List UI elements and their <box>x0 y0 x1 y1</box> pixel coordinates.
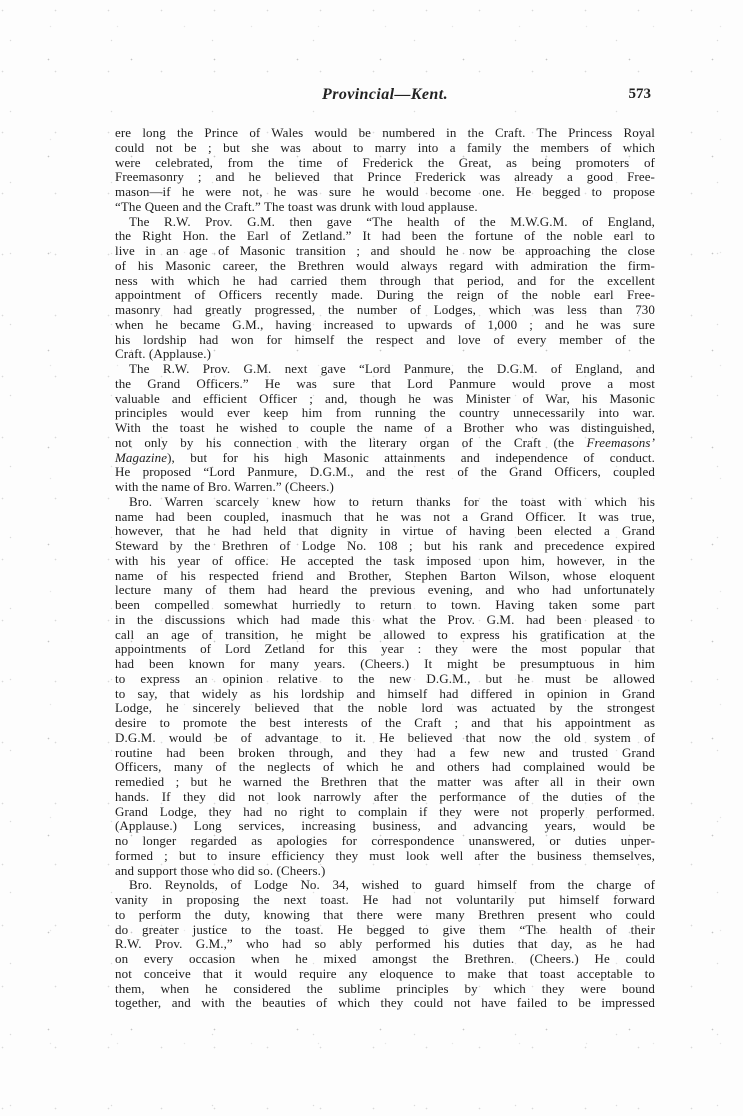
text-line: however, that he had held that dignity i… <box>115 524 655 539</box>
text-line: been compelled somewhat hurriedly to ret… <box>115 598 655 613</box>
text-line: Bro. Warren scarcely knew how to return … <box>115 495 655 510</box>
text-line: on every occasion when he mixed amongst … <box>115 952 655 967</box>
text-line: had been known for many years. (Cheers.)… <box>115 657 655 672</box>
text-line: name of his respected friend and Brother… <box>115 569 655 584</box>
page-number: 573 <box>629 86 652 103</box>
text-line: live in an age of Masonic transition ; a… <box>115 244 655 259</box>
text-line: routine had been broken through, and the… <box>115 746 655 761</box>
text-line: Lodge, he sincerely believed that the no… <box>115 701 655 716</box>
italic-text: Magazine <box>115 450 167 465</box>
text-line: when he became G.M., having increased to… <box>115 318 655 333</box>
text-line: not only by his connection with the lite… <box>115 436 655 451</box>
page-title: Provincial—Kent. <box>115 86 655 104</box>
plain-text: not only by his connection with the lite… <box>115 435 587 450</box>
text-line: lecture many of them had heard the previ… <box>115 583 655 598</box>
text-line: vanity in proposing the next toast. He h… <box>115 893 655 908</box>
text-line: of his Masonic career, the Brethren woul… <box>115 259 655 274</box>
text-line: could not be ; but she was about to marr… <box>115 141 655 156</box>
text-line: call an age of transition, he might be a… <box>115 628 655 643</box>
text-line: not conceive that it would require any e… <box>115 967 655 982</box>
text-line: in the discussions which had made this w… <box>115 613 655 628</box>
paragraph: ere long the Prince of Wales would be nu… <box>115 126 655 215</box>
text-line: hands. If they did not look narrowly aft… <box>115 790 655 805</box>
text-line: appointments of Lord Zetland for this ye… <box>115 642 655 657</box>
paragraph: Bro. Warren scarcely knew how to return … <box>115 495 655 879</box>
text-line: Grand Lodge, they had no right to compla… <box>115 805 655 820</box>
text-line: with his year of office. He accepted the… <box>115 554 655 569</box>
text-line: the Grand Officers.” He was sure that Lo… <box>115 377 655 392</box>
text-line: R.W. Prov. G.M.,” who had so ably perfor… <box>115 937 655 952</box>
document-body: ere long the Prince of Wales would be nu… <box>115 126 655 1011</box>
text-line: D.G.M. would be of advantage to it. He b… <box>115 731 655 746</box>
text-line: and support those who did so. (Cheers.) <box>115 864 655 879</box>
text-line: Freemasonry ; and he believed that Princ… <box>115 170 655 185</box>
text-line: to express an opinion relative to the ne… <box>115 672 655 687</box>
text-line: no longer regarded as apologies for corr… <box>115 834 655 849</box>
paragraph: The R.W. Prov. G.M. then gave “The healt… <box>115 215 655 363</box>
text-line: ness with which he had carried them thro… <box>115 274 655 289</box>
text-line: to say, that widely as his lordship and … <box>115 687 655 702</box>
text-line: With the toast he wished to couple the n… <box>115 421 655 436</box>
plain-text: ), but for his high Masonic attainments … <box>167 450 655 465</box>
text-line: mason—if he were not, he was sure he wou… <box>115 185 655 200</box>
text-line: to perform the duty, knowing that there … <box>115 908 655 923</box>
text-line: them, when he considered the sublime pri… <box>115 982 655 997</box>
text-line: remedied ; but he warned the Brethren th… <box>115 775 655 790</box>
text-line: valuable and efficient Officer ; and, th… <box>115 392 655 407</box>
text-line: “The Queen and the Craft.” The toast was… <box>115 200 655 215</box>
text-line: together, and with the beauties of which… <box>115 996 655 1011</box>
text-line: do greater justice to the toast. He begg… <box>115 923 655 938</box>
text-line: were celebrated, from the time of Freder… <box>115 156 655 171</box>
text-line: name had been coupled, inasmuch that he … <box>115 510 655 525</box>
text-line: The R.W. Prov. G.M. next gave “Lord Panm… <box>115 362 655 377</box>
text-line: appointment of Officers recently made. D… <box>115 288 655 303</box>
text-line: (Applause.) Long services, increasing bu… <box>115 819 655 834</box>
text-line: with the name of Bro. Warren.” (Cheers.) <box>115 480 655 495</box>
italic-text: Freemasons’ <box>587 435 656 450</box>
text-line: his lordship had won for himself the res… <box>115 333 655 348</box>
text-line: Magazine), but for his high Masonic atta… <box>115 451 655 466</box>
text-line: Bro. Reynolds, of Lodge No. 34, wished t… <box>115 878 655 893</box>
text-line: He proposed “Lord Panmure, D.G.M., and t… <box>115 465 655 480</box>
text-line: Steward by the Brethren of Lodge No. 108… <box>115 539 655 554</box>
paragraph: Bro. Reynolds, of Lodge No. 34, wished t… <box>115 878 655 1011</box>
text-line: Craft. (Applause.) <box>115 347 655 362</box>
text-line: desire to promote the best interests of … <box>115 716 655 731</box>
paragraph: The R.W. Prov. G.M. next gave “Lord Panm… <box>115 362 655 495</box>
text-line: ere long the Prince of Wales would be nu… <box>115 126 655 141</box>
text-line: Officers, many of the neglects of which … <box>115 760 655 775</box>
scanned-page: Provincial—Kent. 573 ere long the Prince… <box>0 0 743 1116</box>
text-line: masonry had greatly progressed, the numb… <box>115 303 655 318</box>
running-head: Provincial—Kent. 573 <box>115 86 655 108</box>
text-line: principles would ever keep him from runn… <box>115 406 655 421</box>
text-line: The R.W. Prov. G.M. then gave “The healt… <box>115 215 655 230</box>
text-line: the Right Hon. the Earl of Zetland.” It … <box>115 229 655 244</box>
text-line: formed ; but to insure efficiency they m… <box>115 849 655 864</box>
